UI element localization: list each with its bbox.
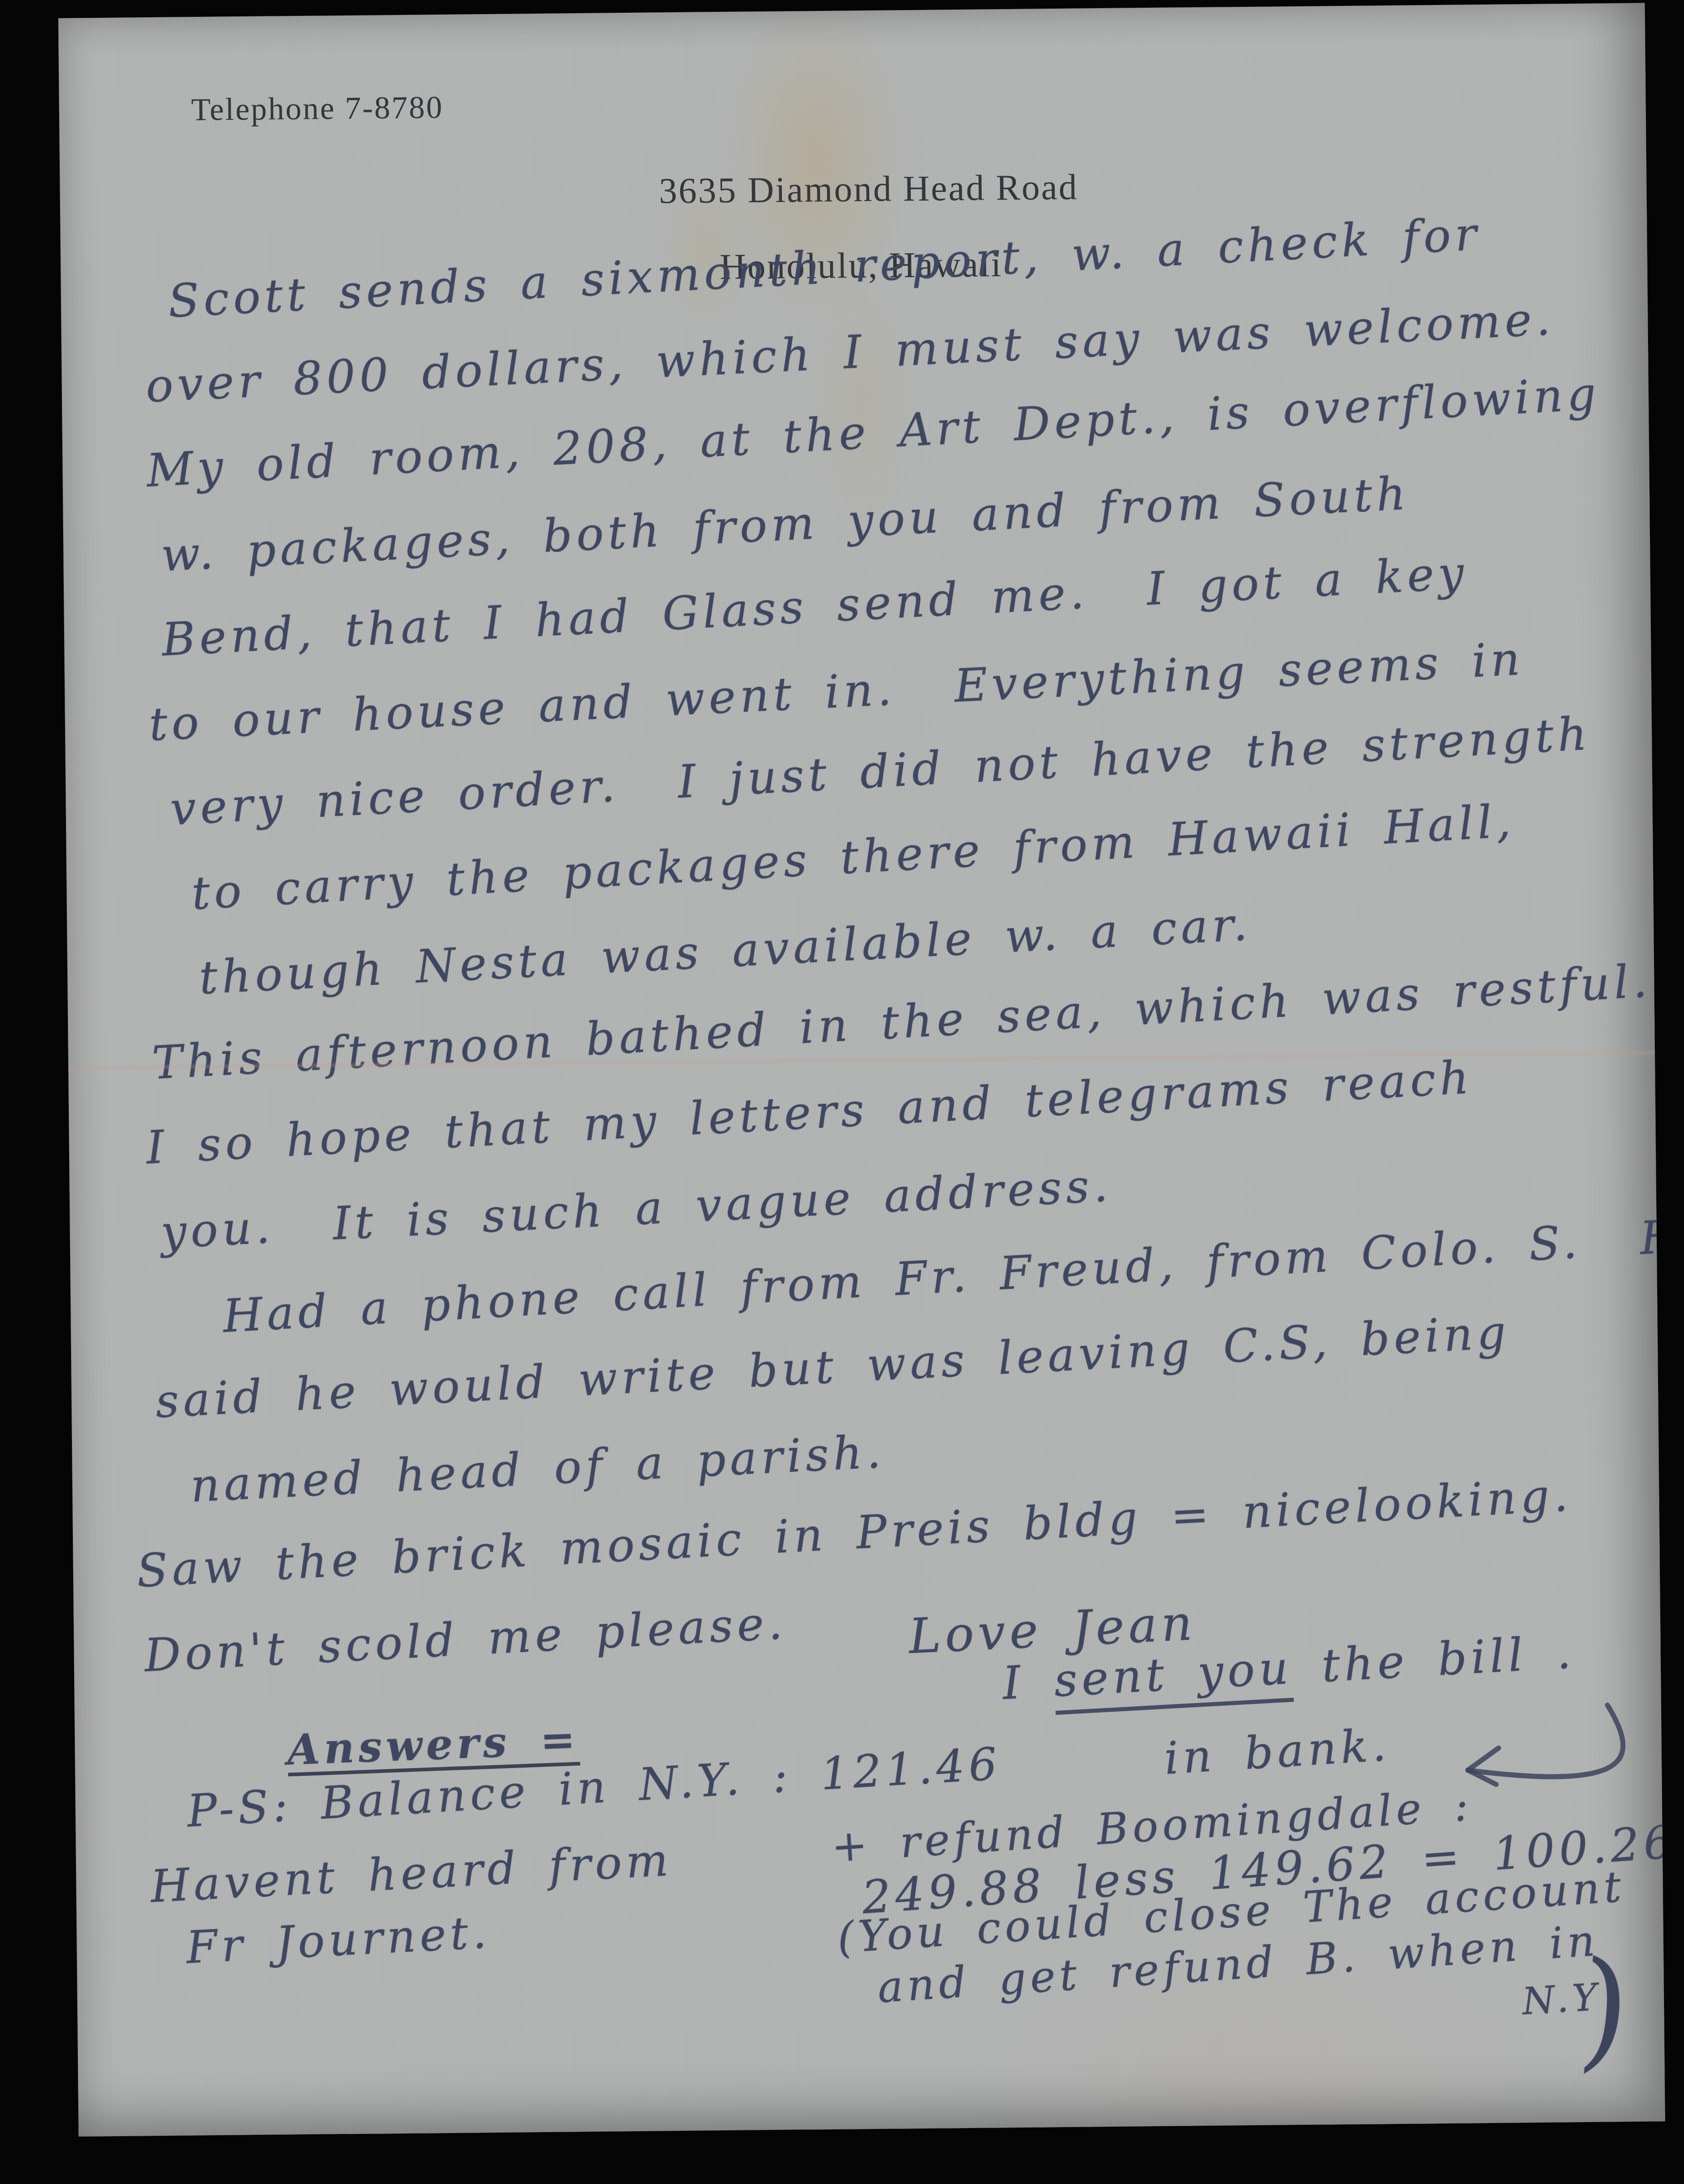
handwritten-line: you. It is such a vague address. [160, 1163, 1113, 1255]
bill-note-pre: I [1001, 1654, 1056, 1710]
bill-note-post: the bill . [1291, 1625, 1576, 1694]
letterhead-address-line1: 3635 Diamond Head Road [659, 167, 1078, 212]
letterhead-telephone: Telephone 7-8780 [191, 90, 444, 128]
scanned-letter-page: { "colors": { "scan_border": "#050505", … [0, 0, 1684, 2184]
handwritten-body: Scott sends a sixmonth report, w. a chec… [58, 3, 1645, 18]
ps-left-note-line1: Havent heard from [150, 1838, 674, 1909]
letter-paper: Telephone 7-8780 3635 Diamond Head Road … [58, 3, 1665, 2137]
bill-note-underlined: sent you [1053, 1641, 1294, 1715]
ps-in-bank: in bank. [1163, 1723, 1391, 1781]
ps-left-note-line2: Fr Journet. [185, 1910, 492, 1970]
handwritten-line: named head of a parish. [189, 1429, 886, 1509]
large-closing-paren: ) [1572, 1941, 1639, 2074]
handwritten-line: Don't scold me please. [143, 1600, 788, 1679]
